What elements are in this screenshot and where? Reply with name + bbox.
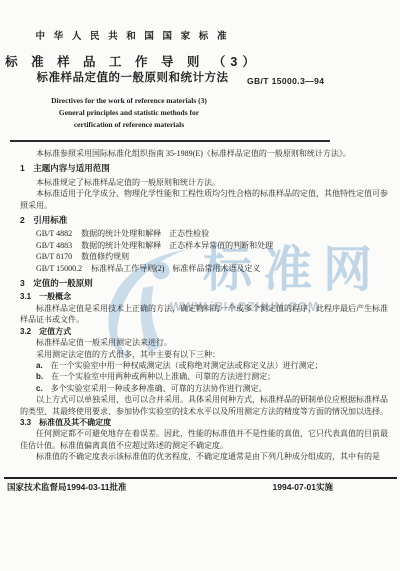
section3-2-paragraph3: 以上方式可以单独采用，也可以合并采用。具体采用何种方式，标准样品的研制单位应根据… — [20, 394, 388, 417]
footer-divider-line — [4, 477, 397, 479]
reference-code: GB/T 8170 — [36, 252, 72, 261]
english-title-line3: certification of reference materials — [0, 119, 258, 131]
section3-1-heading: 3.1 一般概念 — [20, 291, 388, 302]
english-title-line2: General principles and statistic methods… — [0, 107, 258, 119]
footer: 国家技术监督局1994-03-11批准 1994-07-01实施 — [7, 481, 333, 493]
method-item-text: 在一个实验室中用两种或两种以上准确、可靠的方法进行测定； — [51, 372, 275, 381]
section3-3-paragraph1: 任何测定都不可避免地存在着误差。因此，性能的标准值并不是性能的真值，它只代表真值… — [20, 428, 388, 451]
section2-heading: 2 引用标准 — [20, 215, 388, 226]
reference-code: GB/T 4882 — [36, 229, 72, 238]
section1-paragraph1: 本标准规定了标准样品定值的一般原则和统计方法。 — [20, 177, 388, 188]
method-item-label: a. — [36, 361, 43, 370]
section3-heading: 3 定值的一般原则 — [20, 278, 388, 289]
english-title-line1: Directives for the work of reference mat… — [0, 95, 258, 107]
reference-title: 数据的统计处理和解释 正态样本异常值的判断和处理 — [81, 241, 273, 250]
reference-title: 数值修约规则 — [81, 252, 129, 261]
reference-item: GB/T 8170数值修约规则 — [20, 251, 388, 262]
reference-item: GB/T 15000.2标准样品工作导则(2) 标准样品常用术语及定义 — [20, 263, 388, 274]
section3-3-heading: 3.3 标准值及其不确定度 — [20, 417, 388, 428]
method-item-b: b.在一个实验室中用两种或两种以上准确、可靠的方法进行测定； — [20, 371, 388, 382]
method-item-a: a.在一个实验室中用一种权威测定法（或称绝对测定法或称定义法）进行测定； — [20, 360, 388, 371]
approval-authority-date: 国家技术监督局1994-03-11批准 — [7, 481, 127, 493]
document-page: 标准网 WWW.iBIAOZHUN.COM 中 华 人 民 共 和 国 国 家 … — [0, 0, 400, 571]
section1-heading: 1 主题内容与适用范围 — [20, 163, 388, 174]
national-standard-label: 中 华 人 民 共 和 国 国 家 标 准 — [0, 28, 265, 42]
method-item-text: 多个实验室采用一种或多种准确、可靠的方法协作进行测定。 — [51, 384, 267, 393]
preface-paragraph: 本标准参照采用国际标准化组织指南 35-1989(E)《标准样品定值的一般原则和… — [20, 148, 388, 159]
section3-2-paragraph2: 采用测定法定值的方式很多，其中主要有以下三种： — [20, 349, 388, 360]
reference-item: GB/T 4882数据的统计处理和解释 正态性检验 — [20, 228, 388, 239]
implementation-date: 1994-07-01实施 — [273, 481, 333, 493]
reference-code: GB/T 15000.2 — [36, 264, 82, 273]
document-title-line1: 标 准 样 品 工 作 导 则 （3） — [0, 52, 265, 70]
reference-title: 数据的统计处理和解释 正态性检验 — [81, 229, 209, 238]
section3-1-paragraph: 标准样品定值是采用技术上正确的方法，确定物料的一个或多个测定值的程序，此程序最后… — [20, 303, 388, 326]
document-body: 本标准参照采用国际标准化组织指南 35-1989(E)《标准样品定值的一般原则和… — [20, 148, 388, 463]
english-title: Directives for the work of reference mat… — [0, 95, 258, 132]
standard-number: GB/T 15000.3—94 — [247, 76, 324, 86]
section3-2-heading: 3.2 定值方式 — [20, 326, 388, 337]
method-item-text: 在一个实验室中用一种权威测定法（或称绝对测定法或称定义法）进行测定； — [51, 361, 323, 370]
header-divider-line — [10, 140, 330, 142]
section3-3-paragraph2: 标准值的不确定度表示该标准值的优劣程度，不确定度通常是由下列几种成分组成的，其中… — [20, 451, 388, 462]
section3-2-paragraph1: 标准样品定值一般采用测定法来进行。 — [20, 337, 388, 348]
section1-paragraph2: 本标准适用于化学成分、物理化学性能和工程性质均匀性合格的标准样品的定值，其他特性… — [20, 188, 388, 211]
method-item-label: b. — [36, 372, 43, 381]
reference-title: 标准样品工作导则(2) 标准样品常用术语及定义 — [91, 264, 260, 273]
reference-item: GB/T 4883数据的统计处理和解释 正态样本异常值的判断和处理 — [20, 240, 388, 251]
method-item-c: c.多个实验室采用一种或多种准确、可靠的方法协作进行测定。 — [20, 383, 388, 394]
document-title-line2: 标准样品定值的一般原则和统计方法 — [0, 69, 265, 85]
method-item-label: c. — [36, 384, 43, 393]
reference-code: GB/T 4883 — [36, 241, 72, 250]
